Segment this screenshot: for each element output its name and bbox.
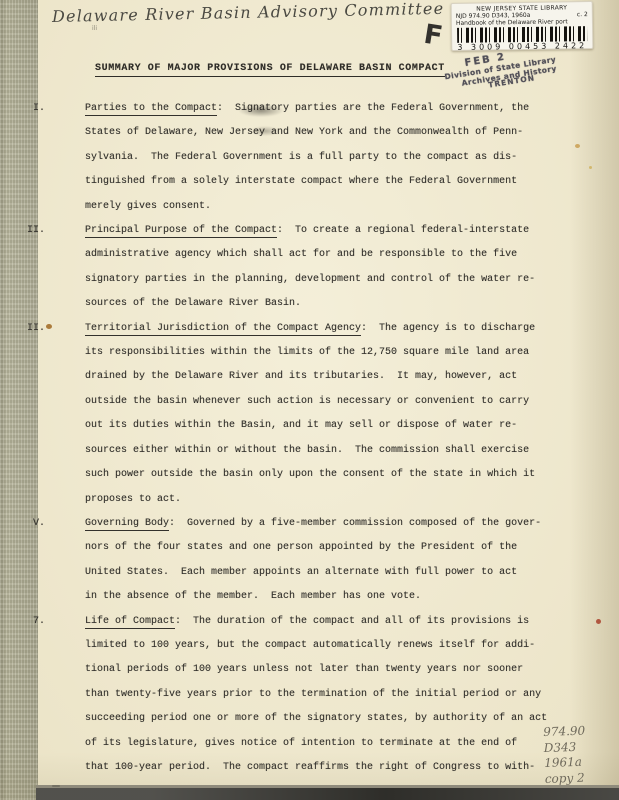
scanned-document-page: Delaware River Basin Advisory Committee … — [0, 0, 619, 800]
section-line: United States. Each member appoints an a… — [85, 561, 585, 585]
section-line: Parties to the Compact: Signatory partie… — [85, 97, 585, 121]
section-line: such power outside the basin only upon t… — [85, 463, 585, 487]
section-heading: Principal Purpose of the Compact — [85, 225, 277, 238]
section-text: : Governed by a five-member commission c… — [169, 518, 541, 529]
section-line: States of Delaware, New Jersey and New Y… — [85, 121, 585, 145]
section-line: merely gives consent. — [85, 195, 585, 219]
paper-speck — [575, 144, 580, 148]
library-barcode-sticker: NEW JERSEY STATE LIBRARY NJD 974.90 D343… — [451, 1, 594, 51]
pencil-line: copy 2 — [545, 769, 606, 787]
section-heading: Territorial Jurisdiction of the Compact … — [85, 323, 361, 336]
section-line: Governing Body: Governed by a five-membe… — [85, 512, 585, 536]
section-line: sources either within or without the bas… — [85, 439, 585, 463]
section-line: in the absence of the member. Each membe… — [85, 585, 585, 609]
section-line: outside the basin whenever such action i… — [85, 390, 585, 414]
section-purpose: II. Principal Purpose of the Compact: To… — [85, 219, 585, 317]
section-text: : The duration of the compact and all of… — [175, 616, 529, 627]
section-heading: Governing Body — [85, 518, 169, 531]
section-line: sources of the Delaware River Basin. — [85, 292, 585, 316]
section-numeral: II. — [25, 219, 45, 243]
section-numeral: II. — [25, 317, 45, 341]
section-line: sylvania. The Federal Government is a fu… — [85, 146, 585, 170]
section-line: that 100-year period. The compact reaffi… — [85, 756, 585, 780]
section-line: administrative agency which shall act fo… — [85, 243, 585, 267]
section-line: drained by the Delaware River and its tr… — [85, 365, 585, 389]
section-heading: Parties to the Compact — [85, 103, 217, 116]
section-line: Life of Compact: The duration of the com… — [85, 610, 585, 634]
section-line: out its duties within the Basin, and it … — [85, 414, 585, 438]
section-jurisdiction: II. Territorial Jurisdiction of the Comp… — [85, 317, 585, 512]
section-line: than twenty-five years prior to the term… — [85, 683, 585, 707]
ink-smudge — [238, 104, 284, 117]
ink-smudge — [250, 126, 280, 136]
section-numeral: V. — [25, 512, 45, 536]
paper-speck — [596, 619, 601, 624]
section-line: succeeding period one or more of the sig… — [85, 707, 585, 731]
section-line: of its legislature, gives notice of inte… — [85, 732, 585, 756]
paper-speck — [589, 166, 592, 169]
section-line: Territorial Jurisdiction of the Compact … — [85, 317, 585, 341]
partial-stamp-letter: F — [422, 19, 445, 53]
section-text: : The agency is to discharge — [361, 323, 535, 334]
margin-mark: ili — [92, 25, 97, 32]
section-line: signatory parties in the planning, devel… — [85, 268, 585, 292]
section-line: its responsibilities within the limits o… — [85, 341, 585, 365]
section-line: proposes to act. — [85, 488, 585, 512]
paper-speck — [46, 324, 52, 329]
document-body: I. Parties to the Compact: Signatory par… — [85, 97, 585, 780]
section-line: Principal Purpose of the Compact: To cre… — [85, 219, 585, 243]
document-title: SUMMARY OF MAJOR PROVISIONS OF DELAWARE … — [95, 63, 445, 77]
section-text: : To create a regional federal-interstat… — [277, 225, 529, 236]
section-heading: Life of Compact — [85, 616, 175, 629]
section-line: tinguished from a solely interstate comp… — [85, 170, 585, 194]
section-line: limited to 100 years, but the compact au… — [85, 634, 585, 658]
section-parties: I. Parties to the Compact: Signatory par… — [85, 97, 585, 219]
desk-shadow-band — [36, 788, 619, 800]
section-line: nors of the four states and one person a… — [85, 536, 585, 560]
section-line: tional periods of 100 years unless not l… — [85, 658, 585, 682]
handwritten-header: Delaware River Basin Advisory Committee — [52, 0, 432, 26]
copy-number: c. 2 — [577, 11, 588, 18]
paper-speck — [52, 785, 60, 787]
pencil-call-number: 974.90 D343 1961a copy 2 — [543, 723, 605, 787]
section-numeral: I. — [25, 97, 45, 121]
section-governing-body: V. Governing Body: Governed by a five-me… — [85, 512, 585, 610]
section-numeral: 7. — [25, 610, 45, 634]
section-life-of-compact: 7. Life of Compact: The duration of the … — [85, 610, 585, 781]
